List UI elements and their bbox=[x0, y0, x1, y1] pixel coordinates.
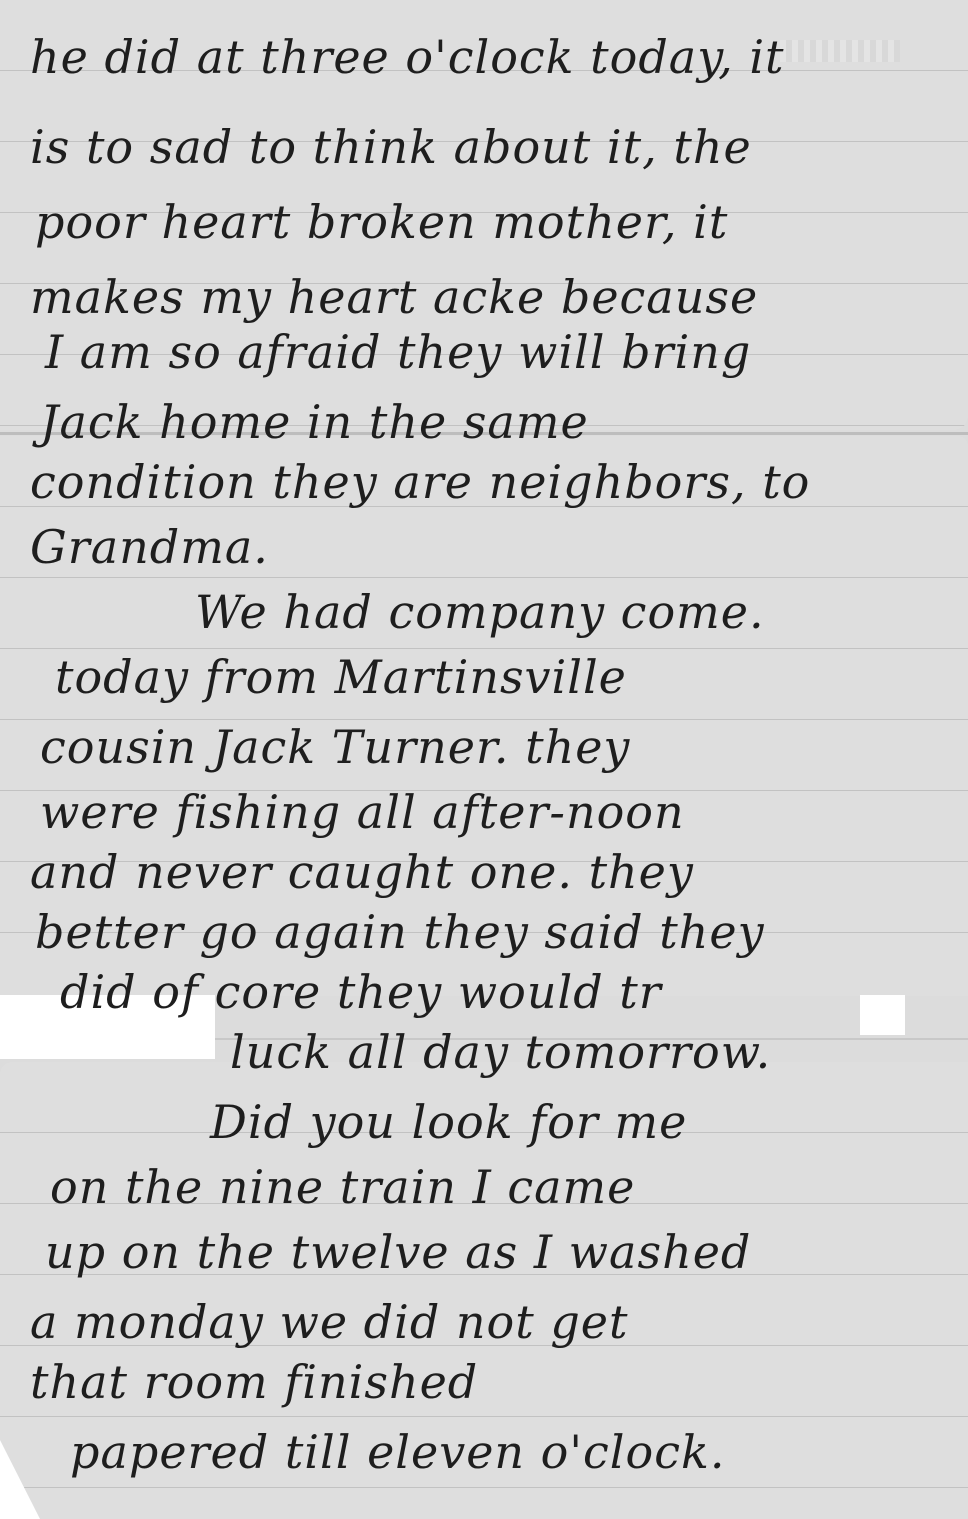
letter-line: that room finished bbox=[30, 1355, 478, 1409]
letter-line: makes my heart acke because bbox=[30, 270, 758, 324]
letter-page: he did at three o'clock today, it is to … bbox=[0, 0, 968, 1519]
letter-line: cousin Jack Turner. they bbox=[40, 720, 630, 774]
letter-line: I am so afraid they will bring bbox=[45, 325, 751, 379]
letter-line: Grandma. bbox=[30, 520, 269, 574]
letter-line: a monday we did not get bbox=[30, 1295, 629, 1349]
letter-line: is to sad to think about it, the bbox=[30, 120, 752, 174]
letter-line: poor heart broken mother, it bbox=[35, 195, 728, 249]
letter-line: better go again they said they bbox=[35, 905, 765, 959]
letter-line: up on the twelve as I washed bbox=[45, 1225, 751, 1279]
letter-line: did of core they would tr bbox=[60, 965, 662, 1019]
embossed-stamp bbox=[780, 40, 900, 62]
folded-corner bbox=[0, 1440, 40, 1519]
letter-line: We had company come. bbox=[195, 585, 765, 639]
letter-line: today from Martinsville bbox=[55, 650, 627, 704]
letter-line: papered till eleven o'clock. bbox=[70, 1425, 725, 1479]
letter-line: Jack home in the same bbox=[40, 395, 589, 449]
letter-line: Did you look for me bbox=[210, 1095, 687, 1149]
torn-gap-right bbox=[860, 995, 905, 1035]
letter-line: on the nine train I came bbox=[50, 1160, 635, 1214]
letter-line: and never caught one. they bbox=[30, 845, 694, 899]
letter-line: condition they are neighbors, to bbox=[30, 455, 810, 509]
letter-line: luck all day tomorrow. bbox=[230, 1025, 771, 1079]
letter-line: he did at three o'clock today, it bbox=[30, 30, 785, 84]
letter-line: were fishing all after-noon bbox=[40, 785, 685, 839]
